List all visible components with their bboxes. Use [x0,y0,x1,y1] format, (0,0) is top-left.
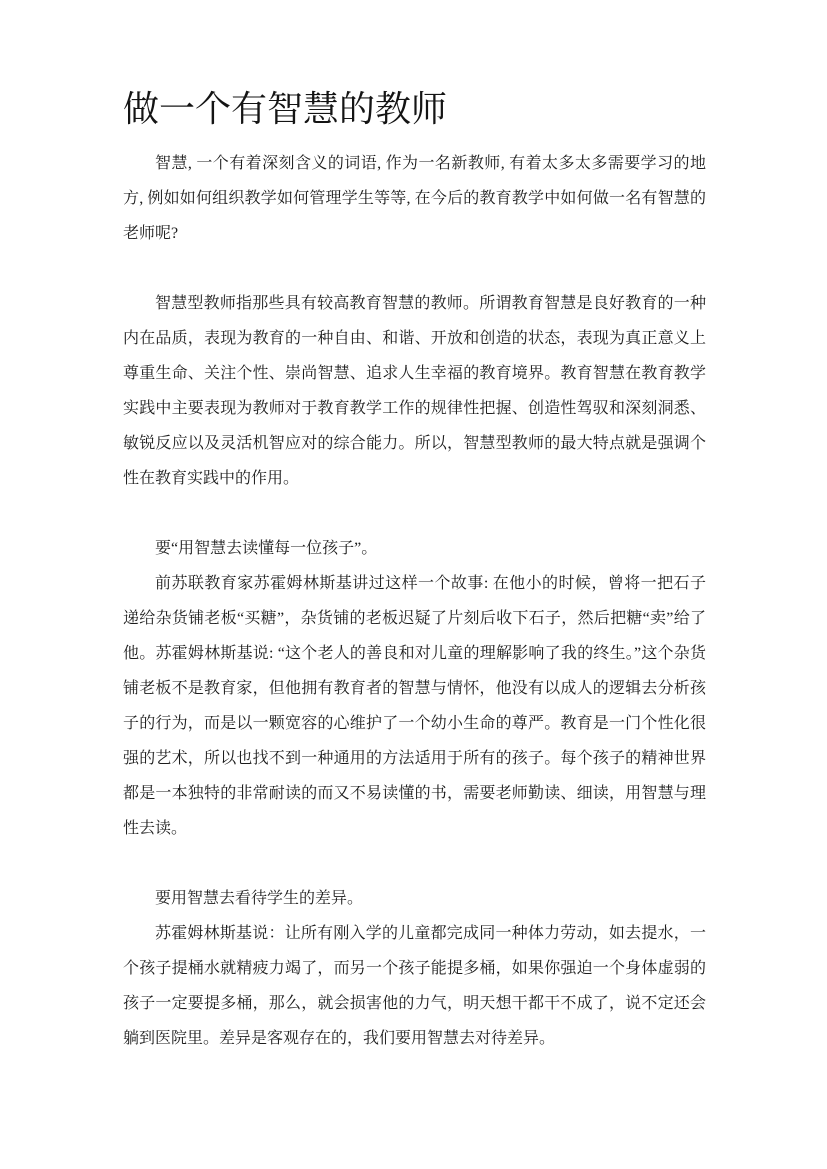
paragraph-sukhomlinsky-water-example: 苏霍姆林斯基说：让所有刚入学的儿童都完成同一种体力劳动，如去提水，一个孩子提桶水… [123,916,706,1056]
document-content: 做一个有智慧的教师 智慧, 一个有着深刻含义的词语, 作为一名新教师, 有着太多… [123,84,706,1056]
document-page: 做一个有智慧的教师 智慧, 一个有着深刻含义的词语, 作为一名新教师, 有着太多… [0,0,827,1169]
paragraph-intro: 智慧, 一个有着深刻含义的词语, 作为一名新教师, 有着太多太多需要学习的地方,… [123,146,706,251]
paragraph-subtitle-read-children: 要“用智慧去读懂每一位孩子”。 [123,531,706,566]
paragraph-subtitle-student-differences: 要用智慧去看待学生的差异。 [123,881,706,916]
document-title: 做一个有智慧的教师 [123,84,706,134]
paragraph-wise-teacher-definition: 智慧型教师指那些具有较高教育智慧的教师。所谓教育智慧是良好教育的一种内在品质，表… [123,286,706,496]
paragraph-sukhomlinsky-story: 前苏联教育家苏霍姆林斯基讲过这样一个故事: 在他小的时候，曾将一把石子递给杂货铺… [123,566,706,846]
